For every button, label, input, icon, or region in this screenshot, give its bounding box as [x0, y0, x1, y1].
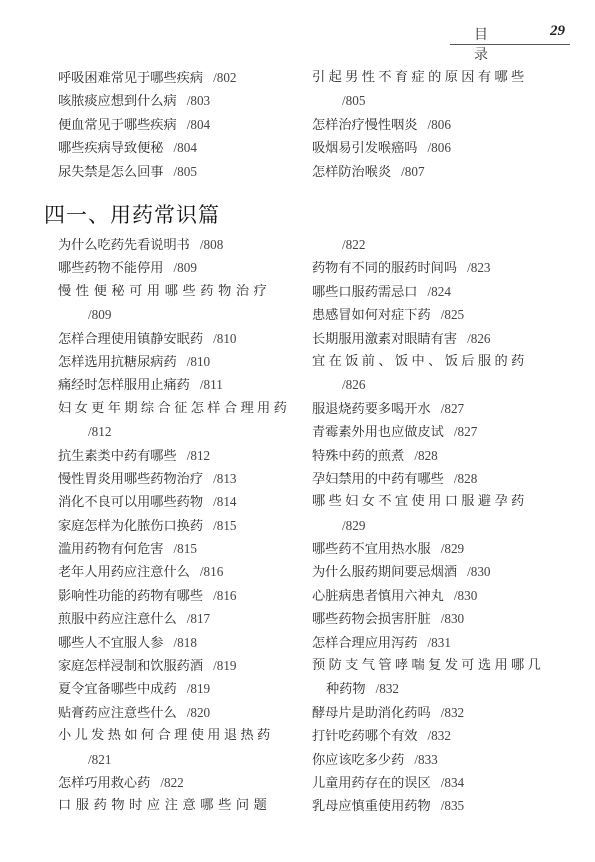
toc-entry[interactable]: 口服药物时应注意哪些问题 [58, 794, 290, 817]
toc-entry[interactable]: 小儿发热如何合理使用退热药 /821 [58, 724, 290, 771]
toc-entry-continuation[interactable]: /822 [312, 233, 544, 256]
toc-entry[interactable]: 服退烧药要多喝开水/827 [312, 397, 544, 420]
toc-entry[interactable]: 煎服中药应注意什么/817 [58, 607, 290, 630]
toc-entry[interactable]: 妇女更年期综合征怎样合理用药 /812 [58, 397, 290, 444]
toc-entry[interactable]: 孕妇禁用的中药有哪些/828 [312, 467, 544, 490]
toc-entry[interactable]: 滥用药物有何危害/815 [58, 537, 290, 560]
toc-entry[interactable]: 药物有不同的服药时间吗/823 [312, 256, 544, 279]
toc-entry[interactable]: 哪些药物不能停用/809 [58, 256, 290, 279]
toc-entry[interactable]: 消化不良可以用哪些药物/814 [58, 490, 290, 513]
toc-entry[interactable]: 特殊中药的煎煮/828 [312, 444, 544, 467]
toc-entry[interactable]: 怎样合理应用泻药/831 [312, 631, 544, 654]
toc-column-left-top: 呼吸困难常见于哪些疾病/802 咳脓痰应想到什么病/803 便血常见于哪些疾病/… [58, 66, 290, 183]
toc-entry[interactable]: 宜在饭前、饭中、饭后服的药 /826 [312, 350, 544, 397]
toc-entry[interactable]: 影响性功能的药物有哪些/816 [58, 584, 290, 607]
toc-column-right: /822 药物有不同的服药时间吗/823 哪些口服药需忌口/824 患感冒如何对… [312, 233, 544, 818]
toc-entry[interactable]: 你应该吃多少药/833 [312, 748, 544, 771]
toc-entry[interactable]: 老年人用药应注意什么/816 [58, 560, 290, 583]
toc-entry[interactable]: 呼吸困难常见于哪些疾病/802 [58, 66, 290, 89]
toc-column-right-top: 引起男性不育症的原因有哪些 /805 怎样治疗慢性咽炎/806 吸烟易引发喉癌吗… [312, 66, 544, 183]
toc-entry[interactable]: 酵母片是助消化药吗/832 [312, 701, 544, 724]
toc-entry[interactable]: 便血常见于哪些疾病/804 [58, 113, 290, 136]
toc-entry[interactable]: 怎样合理使用镇静安眠药/810 [58, 327, 290, 350]
toc-entry[interactable]: 抗生素类中药有哪些/812 [58, 444, 290, 467]
toc-entry[interactable]: 哪些疾病导致便秘/804 [58, 136, 290, 159]
toc-entry[interactable]: 心脏病患者慎用六神丸/830 [312, 584, 544, 607]
toc-entry[interactable]: 哪些妇女不宜使用口服避孕药 /829 [312, 490, 544, 537]
toc-entry[interactable]: 家庭怎样为化脓伤口换药/815 [58, 514, 290, 537]
toc-entry[interactable]: 长期服用激素对眼睛有害/826 [312, 327, 544, 350]
toc-entry[interactable]: 儿童用药存在的误区/834 [312, 771, 544, 794]
toc-entry[interactable]: 慢性便秘可用哪些药物治疗 /809 [58, 280, 290, 327]
toc-entry[interactable]: 哪些药物会损害肝脏/830 [312, 607, 544, 630]
toc-entry[interactable]: 怎样治疗慢性咽炎/806 [312, 113, 544, 136]
toc-entry[interactable]: 怎样巧用救心药/822 [58, 771, 290, 794]
toc-entry[interactable]: 哪些药不宜用热水服/829 [312, 537, 544, 560]
toc-entry[interactable]: 打针吃药哪个有效/832 [312, 724, 544, 747]
running-header: 目 录 29 [450, 22, 570, 45]
toc-entry[interactable]: 慢性胃炎用哪些药物治疗/813 [58, 467, 290, 490]
toc-entry[interactable]: 痛经时怎样服用止痛药/811 [58, 373, 290, 396]
toc-entry[interactable]: 预防支气管哮喘复发可选用哪几 种药物/832 [312, 654, 544, 701]
toc-entry[interactable]: 夏令宜备哪些中成药/819 [58, 677, 290, 700]
toc-entry[interactable]: 怎样选用抗糖尿病药/810 [58, 350, 290, 373]
toc-entry[interactable]: 怎样防治喉炎/807 [312, 160, 544, 183]
toc-entry[interactable]: 患感冒如何对症下药/825 [312, 303, 544, 326]
page-number: 29 [550, 23, 565, 40]
toc-entry[interactable]: 咳脓痰应想到什么病/803 [58, 89, 290, 112]
toc-entry[interactable]: 为什么吃药先看说明书/808 [58, 233, 290, 256]
toc-entry[interactable]: 哪些口服药需忌口/824 [312, 280, 544, 303]
toc-entry[interactable]: 引起男性不育症的原因有哪些 /805 [312, 66, 544, 113]
toc-entry[interactable]: 青霉素外用也应做皮试/827 [312, 420, 544, 443]
toc-entry[interactable]: 家庭怎样浸制和饮服药酒/819 [58, 654, 290, 677]
toc-entry[interactable]: 吸烟易引发喉癌吗/806 [312, 136, 544, 159]
toc-entry[interactable]: 为什么服药期间要忌烟酒/830 [312, 560, 544, 583]
toc-entry[interactable]: 尿失禁是怎么回事/805 [58, 160, 290, 183]
toc-entry[interactable]: 乳母应慎重使用药物/835 [312, 794, 544, 817]
toc-column-left: 为什么吃药先看说明书/808 哪些药物不能停用/809 慢性便秘可用哪些药物治疗… [58, 233, 290, 818]
toc-entry[interactable]: 哪些人不宜服人参/818 [58, 631, 290, 654]
section-heading: 四一、用药常识篇 [44, 199, 220, 229]
toc-entry[interactable]: 贴膏药应注意些什么/820 [58, 701, 290, 724]
